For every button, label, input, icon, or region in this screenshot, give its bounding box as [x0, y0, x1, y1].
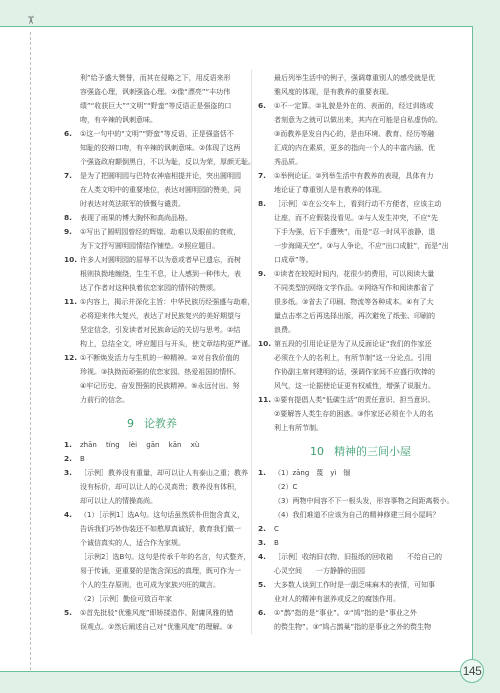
section-number: 10: [310, 445, 324, 458]
answer-item: 12. ①不断焕发活力与生机的一种精神。②对自我价值的 珍视。③执拗而顽强的依恋…: [64, 351, 248, 407]
item-number: 1.: [258, 466, 266, 480]
item-text: 最后列举生活中的例子，强调尊重别人的感受就是优 雅风度的体现，是有教养的重要表现…: [274, 71, 463, 99]
answer-item: 6. ①不一定算。②礼貌是外在的、表面的，经过训练或 者刻意为之就可以做出来，其…: [258, 99, 463, 169]
item-number: 9.: [64, 225, 72, 239]
answer-item: 7. ①举例论证。②列举生活中有教养的表现，具体有力 地论证了尊重别人是有教养的…: [258, 169, 463, 197]
item-number: 10.: [258, 337, 271, 351]
scissors-icon: ✂: [23, 14, 37, 26]
item-text: 是为了把圆明园与巴特农神庙相提并论，突出圆明园 在人类文明中的重要地位，表达对圆…: [80, 169, 248, 211]
item-number: 2.: [258, 522, 266, 536]
item-text: ①写出了圆明园曾经的辉煌、劫难以及眼前的衰败， 为下文抒写圆明园情结作铺垫。②照…: [80, 225, 248, 253]
item-text: B: [80, 452, 248, 466]
item-text: 第五段的引用论证是为了从反面论证“我们的作家还 必须在个人的名利上，有所节制”这…: [274, 337, 463, 393]
item-text: ①“鹊”指的是“事业”。②“鸠”指的是“事业之外 的赘生物”。③“鸠占鹊巢”指的…: [274, 606, 463, 634]
answer-item: 2. B: [64, 452, 248, 466]
item-number: 3.: [258, 536, 266, 550]
item-text: 许多人对圆明园的屈辱不以为意或者早已遗忘，而树 根则执拗地缠绕，生生不息，让人感…: [80, 253, 248, 295]
answer-item: 8. 表现了雨果的博大胸怀和高尚品格。: [64, 211, 248, 225]
item-number: 6.: [258, 99, 266, 113]
section-number: 9: [127, 417, 134, 430]
item-text: 利”给予盛大赞誉，而其在侵略之下，用反语来形 容强盗心理，讽刺强盗心理。②像“漂…: [80, 71, 248, 127]
item-text: B: [274, 536, 463, 550]
item-number: 7.: [64, 169, 72, 183]
section-title: 精神的三间小屋: [334, 445, 411, 458]
right-column: 最后列举生活中的例子，强调尊重别人的感受就是优 雅风度的体现，是有教养的重要表现…: [258, 71, 463, 634]
answer-item: 6. ①这一句中的“文明”“野蛮”等反语，正是强盗恬不 知耻的狡辩口吻，有辛辣的…: [64, 127, 248, 169]
item-text: ①要有提倡人类“低碳生活”的责任意识、担当意识。 ②要解答人类生存的困惑。③作家…: [274, 393, 463, 435]
answer-item: 11. ①要有提倡人类“低碳生活”的责任意识、担当意识。 ②要解答人类生存的困惑…: [258, 393, 463, 435]
item-text: ［示例］收纳旧衣物、旧报纸的回收箱 不给自己的 心灵空间 一方静静的田园: [274, 550, 463, 578]
item-number: 4.: [258, 550, 266, 564]
item-text: ①不断焕发活力与生机的一种精神。②对自我价值的 珍视。③执拗而顽强的依恋家园、热…: [80, 351, 248, 407]
item-number: 3.: [64, 466, 72, 480]
item-number: 8.: [258, 197, 266, 211]
cut-guide-line: [30, 32, 31, 670]
item-number: 12.: [64, 351, 77, 365]
answer-item: 6. ①“鹊”指的是“事业”。②“鸠”指的是“事业之外 的赘生物”。③“鸠占鹊巢…: [258, 606, 463, 634]
answer-item: 5. 大多数人谈到工作时是一副乏味麻木的表情，可知事 业对人的精神有滋养或反之的…: [258, 578, 463, 606]
item-text: ①读者在较短时间内，花很少的费用，可以阅读大量 不同类型的网络文学作品。②网络写…: [274, 267, 463, 337]
item-number: 11.: [64, 295, 77, 309]
item-number: 6.: [64, 127, 72, 141]
item-number: 9.: [258, 267, 266, 281]
answer-item: 10. 第五段的引用论证是为了从反面论证“我们的作家还 必须在个人的名利上，有所…: [258, 337, 463, 393]
answer-item: 4. ［示例］收纳旧衣物、旧报纸的回收箱 不给自己的 心灵空间 一方静静的田园: [258, 550, 463, 578]
answer-item: 2. C: [258, 522, 463, 536]
page-number-badge: 145: [460, 659, 484, 683]
item-number: 2.: [64, 452, 72, 466]
item-text: C: [274, 522, 463, 536]
item-number: 6.: [258, 606, 266, 620]
item-number: 1.: [64, 438, 72, 452]
answer-item: 3. ［示例］教养没有重量，却可以让人有泰山之重；教养 没有标价，却可以让人的心…: [64, 466, 248, 508]
item-text: ①这一句中的“文明”“野蛮”等反语，正是强盗恬不 知耻的狡辩口吻，有辛辣的讽刺意…: [80, 127, 248, 169]
section-heading: 9论教养: [64, 416, 248, 432]
answer-item: 4. （1）［示例1］选A句。这句话虽然质朴但饱含真义， 告诉我们巧妙伪装还不如…: [64, 508, 248, 606]
answer-item: 3. B: [258, 536, 463, 550]
answer-item: 10. 许多人对圆明园的屈辱不以为意或者早已遗忘，而树 根则执拗地缠绕，生生不息…: [64, 253, 248, 295]
item-text: 大多数人谈到工作时是一副乏味麻木的表情，可知事 业对人的精神有滋养或反之的腐蚀作…: [274, 578, 463, 606]
answer-item: 11. ①内容上，揭示并深化主旨：中华民族历经强盛与劫难， 必将迎来伟大复兴，表…: [64, 295, 248, 351]
item-number: 11.: [258, 393, 271, 407]
item-text: ［示例］教养没有重量，却可以让人有泰山之重；教养 没有标价，却可以让人的心灵高贵…: [80, 466, 248, 508]
answer-item: 7. 是为了把圆明园与巴特农神庙相提并论，突出圆明园 在人类文明中的重要地位，表…: [64, 169, 248, 211]
item-text: ［示例］①在公交车上，看到行动不方便者，应该主动 让座，而不应假装没看见。②与人…: [274, 197, 463, 267]
item-text: 表现了雨果的博大胸怀和高尚品格。: [80, 211, 248, 225]
item-text: ①内容上，揭示并深化主旨：中华民族历经强盛与劫难， 必将迎来伟大复兴，表达了对民…: [80, 295, 248, 351]
section-title: 论教养: [144, 417, 177, 430]
column-divider: [251, 70, 252, 634]
answer-item: 8. ［示例］①在公交车上，看到行动不方便者，应该主动 让座，而不应假装没看见。…: [258, 197, 463, 267]
item-number: 5.: [258, 578, 266, 592]
answer-item-continued: 利”给予盛大赞誉，而其在侵略之下，用反语来形 容强盗心理，讽刺强盗心理。②像“漂…: [64, 71, 248, 127]
answer-item: 1. zhān tíng lèi gān kān xù: [64, 438, 248, 452]
answer-item: 5. ①首先批驳“优雅风度”即矫揉造作、附庸风雅的错 误观点。②然后阐述自己对“…: [64, 606, 248, 634]
left-column: 利”给予盛大赞誉，而其在侵略之下，用反语来形 容强盗心理，讽刺强盗心理。②像“漂…: [64, 71, 248, 634]
item-text: ①举例论证。②列举生活中有教养的表现，具体有力 地论证了尊重别人是有教养的体现。: [274, 169, 463, 197]
answer-item: 1. （1）zāng 蔑 yì 锢 （2）C （3）两物中间容不下一根头发，形容…: [258, 466, 463, 522]
item-text: （1）［示例1］选A句。这句话虽然质朴但饱含真义， 告诉我们巧妙伪装还不如憨厚真…: [80, 508, 248, 606]
item-number: 8.: [64, 211, 72, 225]
item-number: 5.: [64, 606, 72, 620]
item-text: ①首先批驳“优雅风度”即矫揉造作、附庸风雅的错 误观点。②然后阐述自己对“优雅风…: [80, 606, 248, 634]
answer-item: 9. ①读者在较短时间内，花很少的费用，可以阅读大量 不同类型的网络文学作品。②…: [258, 267, 463, 337]
section-heading: 10精神的三间小屋: [258, 444, 463, 460]
item-number: 7.: [258, 169, 266, 183]
item-number: 4.: [64, 508, 72, 522]
item-text: ①不一定算。②礼貌是外在的、表面的，经过训练或 者刻意为之就可以做出来，其内在可…: [274, 99, 463, 169]
item-number: 10.: [64, 253, 77, 267]
answer-item: 9. ①写出了圆明园曾经的辉煌、劫难以及眼前的衰败， 为下文抒写圆明园情结作铺垫…: [64, 225, 248, 253]
answer-item-continued: 最后列举生活中的例子，强调尊重别人的感受就是优 雅风度的体现，是有教养的重要表现…: [258, 71, 463, 99]
item-text: zhān tíng lèi gān kān xù: [80, 438, 248, 452]
item-text: （1）zāng 蔑 yì 锢 （2）C （3）两物中间容不下一根头发，形容事物之…: [274, 466, 463, 522]
